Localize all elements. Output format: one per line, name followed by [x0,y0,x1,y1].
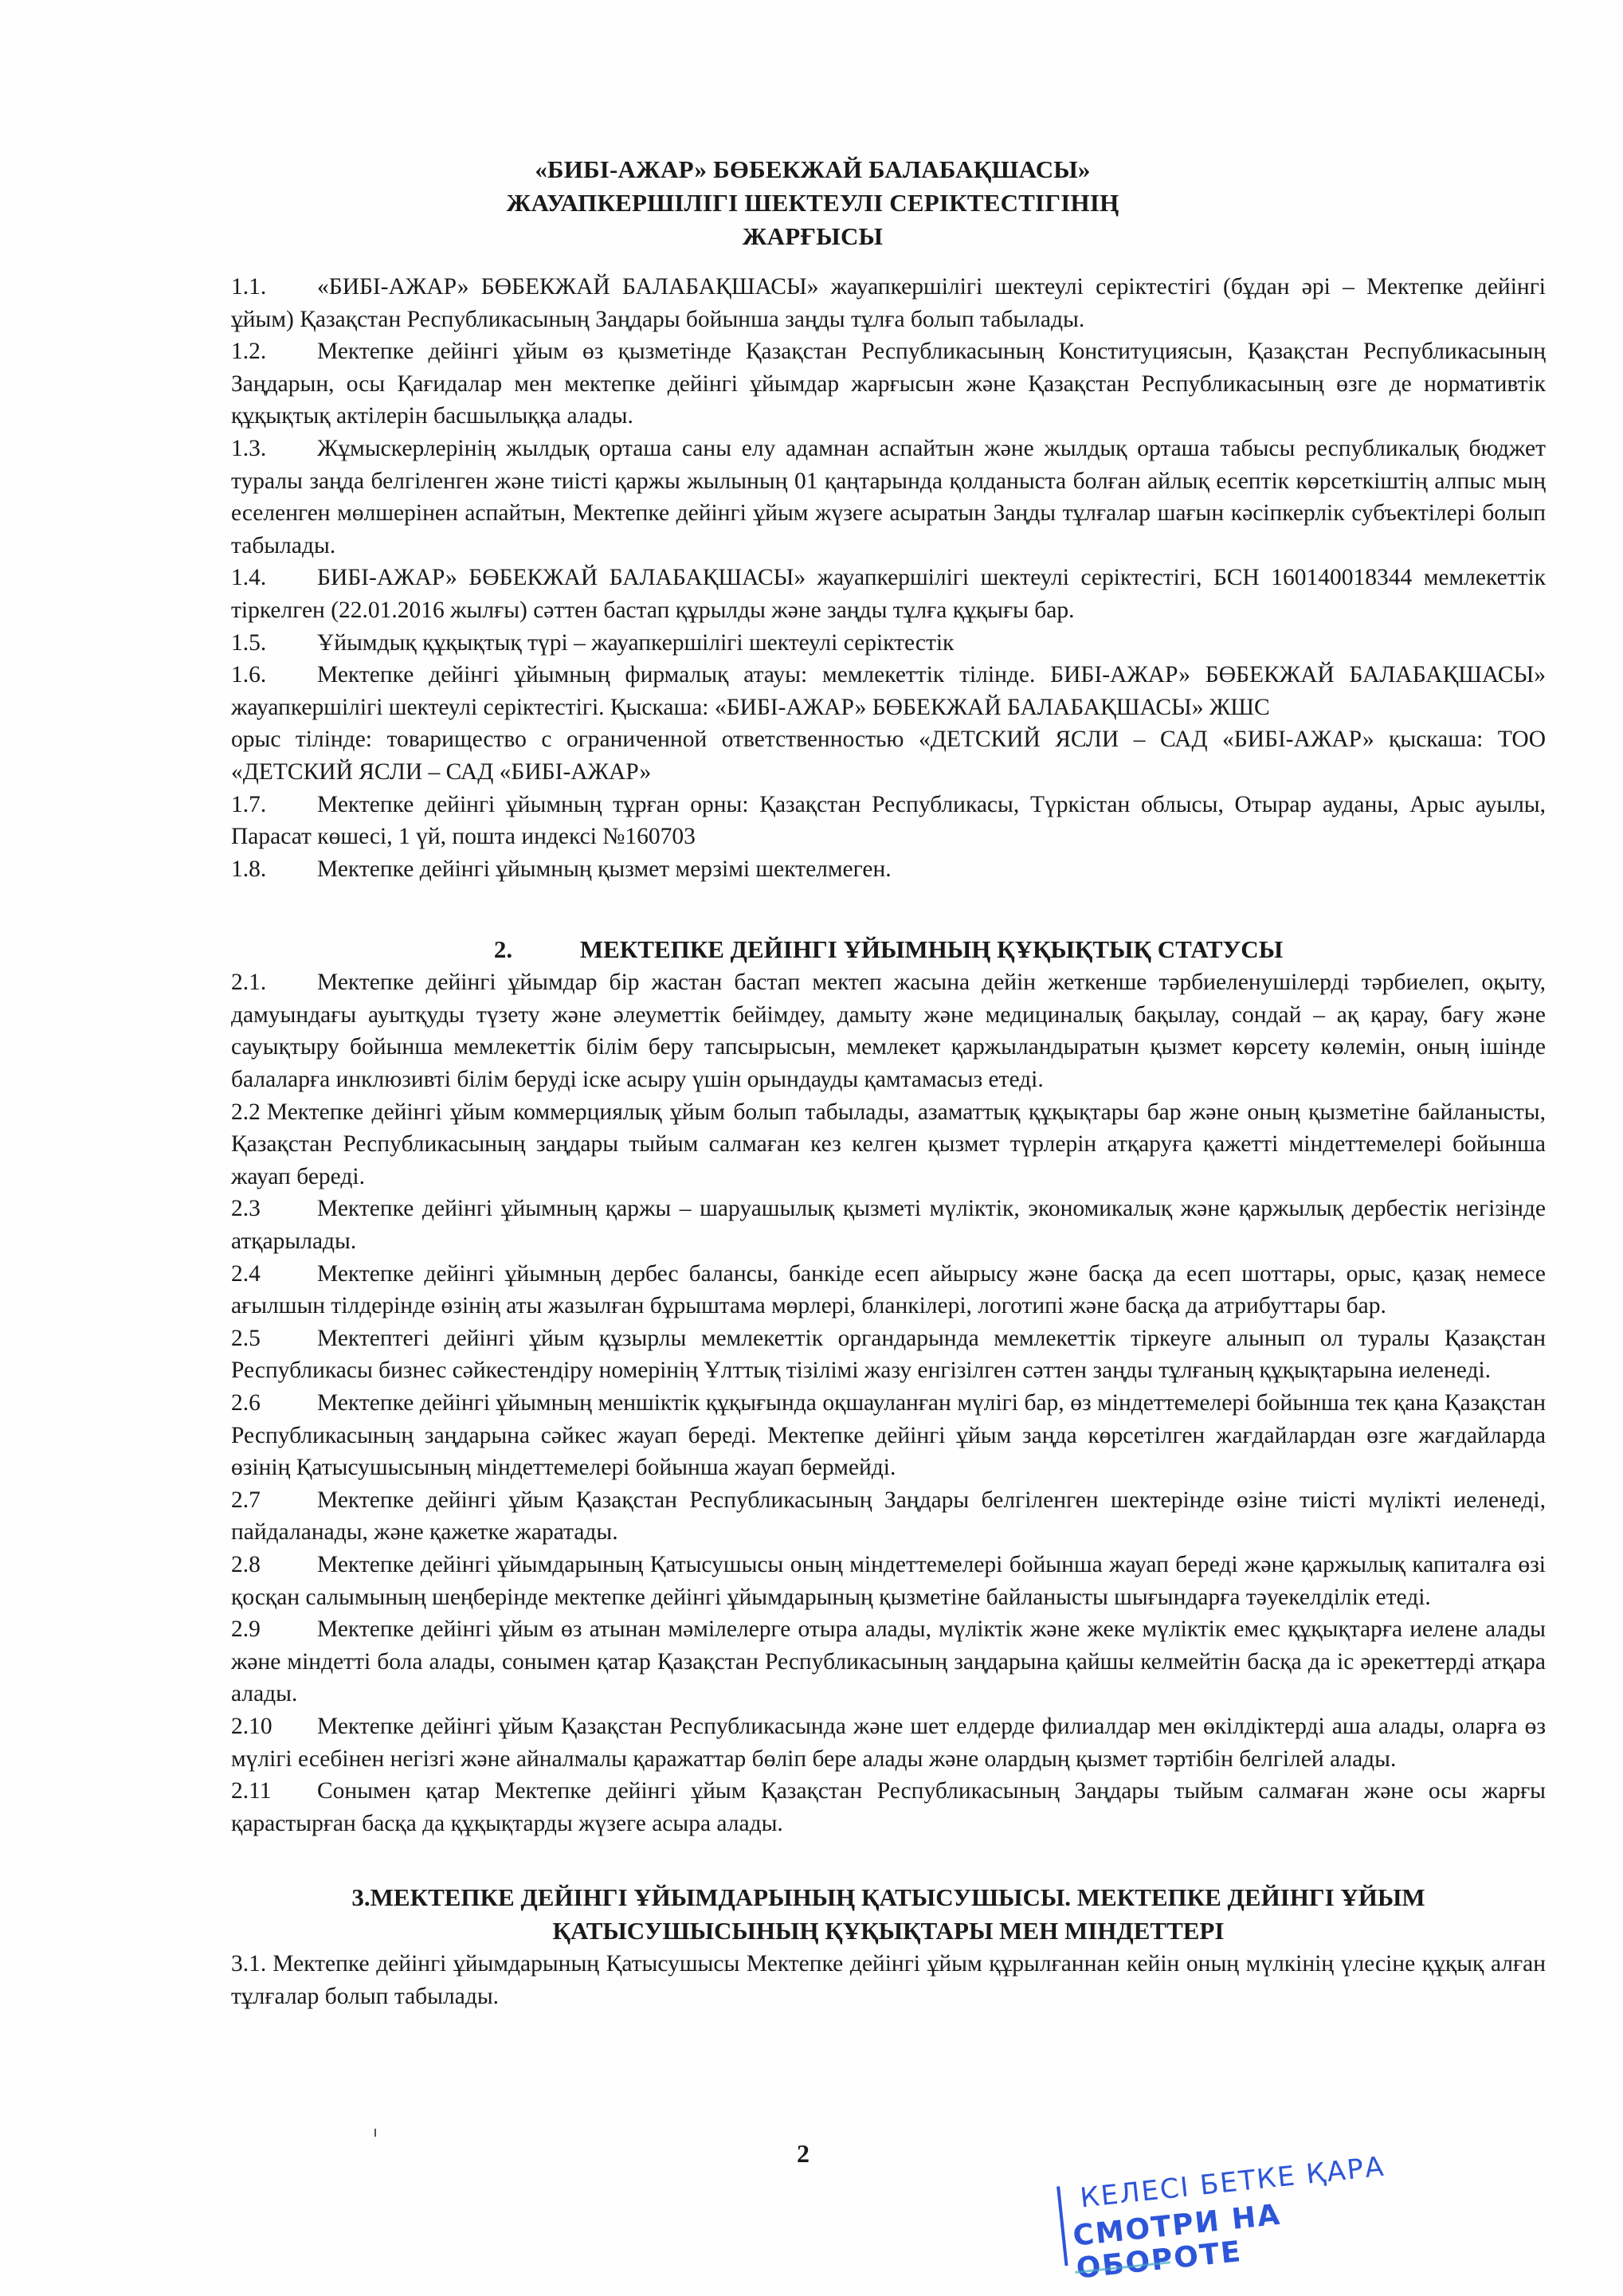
section-3-heading-line: 3.МЕКТЕПКЕ ДЕЙІНГІ ҰЙЫМДАРЫНЫҢ ҚАТЫСУШЫС… [231,1881,1546,1914]
section-1: 1.1.«БИБІ-АЖАР» БӨБЕКЖАЙ БАЛАБАҚШАСЫ» жа… [231,271,1546,885]
clause-number: 2.10 [231,1710,317,1743]
clause-number: 1.3. [231,433,317,465]
clause-number: 2.4 [231,1258,317,1291]
section-3: 3.МЕКТЕПКЕ ДЕЙІНГІ ҰЙЫМДАРЫНЫҢ ҚАТЫСУШЫС… [231,1881,1546,2012]
clause-number: 1.2. [231,335,317,368]
clause-text: Жұмыскерлерінің жылдық орташа саны елу а… [231,436,1546,558]
paragraph-2-3: 2.3Мектепке дейінгі ұйымның қаржы – шару… [231,1193,1546,1257]
clause-text: Мектепке дейінгі ұйым коммерциялық ұйым … [231,1099,1546,1189]
page-number: 2 [797,2139,810,2169]
title-line: ЖАРҒЫСЫ [239,220,1386,253]
clause-text: БИБІ-АЖАР» БӨБЕКЖАЙ БАЛАБАҚШАСЫ» жауапке… [231,565,1546,623]
paragraph-2-10: 2.10Мектепке дейінгі ұйым Қазақстан Респ… [231,1710,1546,1775]
paragraph-2-5: 2.5Мектептегі дейінгі ұйым құзырлы мемле… [231,1322,1546,1387]
clause-number: 2.1. [231,966,317,999]
clause-text: Мектепке дейінгі ұйымның қаржы – шаруашы… [231,1196,1546,1254]
clause-text: Мектепке дейінгі ұйымның фирмалық атауы:… [231,662,1546,720]
paragraph-1-8: 1.8.Мектепке дейінгі ұйымның қызмет мерз… [231,853,1546,886]
paragraph-1-7: 1.7.Мектепке дейінгі ұйымның тұрған орны… [231,789,1546,853]
section-3-heading-line: ҚАТЫСУШЫСЫНЫҢ ҚҰҚЫҚТАРЫ МЕН МІНДЕТТЕРІ [231,1914,1546,1948]
title-line: ЖАУАПКЕРШІЛІГІ ШЕКТЕУЛІ СЕРІКТЕСТІГІНІҢ [239,186,1386,220]
section-title: МЕКТЕПКЕ ДЕЙІНГІ ҰЙЫМНЫҢ ҚҰҚЫҚТЫҚ СТАТУС… [580,935,1283,963]
paragraph-2-9: 2.9Мектепке дейінгі ұйым өз атынан мәміл… [231,1613,1546,1710]
clause-number: 1.1. [231,271,317,304]
clause-text: орыс тілінде: товарищество с ограниченно… [231,727,1546,785]
section-number: 2. [494,933,580,966]
clause-number: 1.5. [231,627,317,660]
spacer [231,885,1546,933]
paragraph-1-6: 1.6.Мектепке дейінгі ұйымның фирмалық ат… [231,659,1546,723]
clause-number: 2.11 [231,1775,317,1808]
paragraph-2-1: 2.1.Мектепке дейінгі ұйымдар бір жастан … [231,966,1546,1095]
clause-number: 1.4. [231,562,317,594]
clause-text: Мектепке дейінгі ұйымдарының Қатысушысы … [231,1552,1546,1610]
clause-text: «БИБІ-АЖАР» БӨБЕКЖАЙ БАЛАБАҚШАСЫ» жауапк… [231,274,1546,332]
scan-artifact [374,2129,376,2137]
paragraph-1-1: 1.1.«БИБІ-АЖАР» БӨБЕКЖАЙ БАЛАБАҚШАСЫ» жа… [231,271,1546,335]
clause-text: Мектепке дейінгі ұйымның тұрған орны: Қа… [231,792,1546,850]
stamp-border [1057,2186,1068,2266]
clause-text: Мектепке дейінгі ұйым Қазақстан Республи… [231,1714,1546,1772]
clause-text: Мектепке дейінгі ұйым өз атынан мәмілеле… [231,1616,1546,1706]
title-line: «БИБІ-АЖАР» БӨБЕКЖАЙ БАЛАБАҚШАСЫ» [239,153,1386,186]
document-page: «БИБІ-АЖАР» БӨБЕКЖАЙ БАЛАБАҚШАСЫ» ЖАУАПК… [0,0,1623,2296]
paragraph-2-11: 2.11Сонымен қатар Мектепке дейінгі ұйым … [231,1775,1546,1840]
clause-text: Мектепке дейінгі ұйымдар бір жастан баст… [231,970,1546,1092]
paragraph-2-8: 2.8Мектепке дейінгі ұйымдарының Қатысушы… [231,1549,1546,1613]
see-reverse-stamp: КЕЛЕСІ БЕТКЕ ҚАРА СМОТРИ НА ОБОРОТЕ [1053,2132,1438,2290]
clause-text: Мектепке дейінгі ұйымның қызмет мерзімі … [317,856,892,882]
clause-number: 2.5 [231,1322,317,1355]
clause-text: Ұйымдық құқықтық түрі – жауапкершілігі ш… [317,630,954,656]
paragraph-2-7: 2.7Мектепке дейінгі ұйым Қазақстан Респу… [231,1484,1546,1549]
section-2: 2.МЕКТЕПКЕ ДЕЙІНГІ ҰЙЫМНЫҢ ҚҰҚЫҚТЫҚ СТАТ… [231,933,1546,1840]
clause-number: 1.8. [231,853,317,886]
paragraph-3-1: 3.1.Мектепке дейінгі ұйымдарының Қатысуш… [231,1948,1546,2012]
paragraph-2-4: 2.4Мектепке дейінгі ұйымның дербес балан… [231,1258,1546,1322]
spacer [231,1840,1546,1881]
clause-number: 2.9 [231,1613,317,1646]
clause-text: Мектептегі дейінгі ұйым құзырлы мемлекет… [231,1326,1546,1384]
clause-text: Мектепке дейінгі ұйым өз қызметінде Қаза… [231,339,1546,429]
clause-number: 1.7. [231,789,317,821]
clause-text: Мектепке дейінгі ұйымдарының Қатысушысы … [231,1951,1546,2009]
paragraph-2-6: 2.6Мектепке дейінгі ұйымның меншіктік құ… [231,1387,1546,1484]
clause-text: Мектепке дейінгі ұйымның меншіктік құқығ… [231,1390,1546,1480]
clause-text: Мектепке дейінгі ұйымның дербес балансы,… [231,1261,1546,1319]
clause-number: 2.2 [231,1096,261,1129]
clause-number: 3.1. [231,1948,266,1981]
paragraph-1-6-russian-name: орыс тілінде: товарищество с ограниченно… [231,723,1546,788]
paragraph-1-5: 1.5.Ұйымдық құқықтық түрі – жауапкершілі… [231,627,1546,660]
section-2-heading: 2.МЕКТЕПКЕ ДЕЙІНГІ ҰЙЫМНЫҢ ҚҰҚЫҚТЫҚ СТАТ… [231,933,1546,966]
document-title: «БИБІ-АЖАР» БӨБЕКЖАЙ БАЛАБАҚШАСЫ» ЖАУАПК… [239,153,1386,253]
clause-text: Сонымен қатар Мектепке дейінгі ұйым Қаза… [231,1778,1546,1836]
clause-number: 2.6 [231,1387,317,1420]
clause-number: 1.6. [231,659,317,692]
clause-number: 2.7 [231,1484,317,1517]
clause-number: 2.3 [231,1193,317,1225]
document-body: 1.1.«БИБІ-АЖАР» БӨБЕКЖАЙ БАЛАБАҚШАСЫ» жа… [231,271,1546,2013]
clause-text: Мектепке дейінгі ұйым Қазақстан Республи… [231,1487,1546,1546]
clause-number: 2.8 [231,1549,317,1581]
paragraph-1-3: 1.3.Жұмыскерлерінің жылдық орташа саны е… [231,433,1546,562]
paragraph-1-2: 1.2.Мектепке дейінгі ұйым өз қызметінде … [231,335,1546,433]
paragraph-1-4: 1.4.БИБІ-АЖАР» БӨБЕКЖАЙ БАЛАБАҚШАСЫ» жау… [231,562,1546,626]
paragraph-2-2: 2.2Мектепке дейінгі ұйым коммерциялық ұй… [231,1096,1546,1193]
